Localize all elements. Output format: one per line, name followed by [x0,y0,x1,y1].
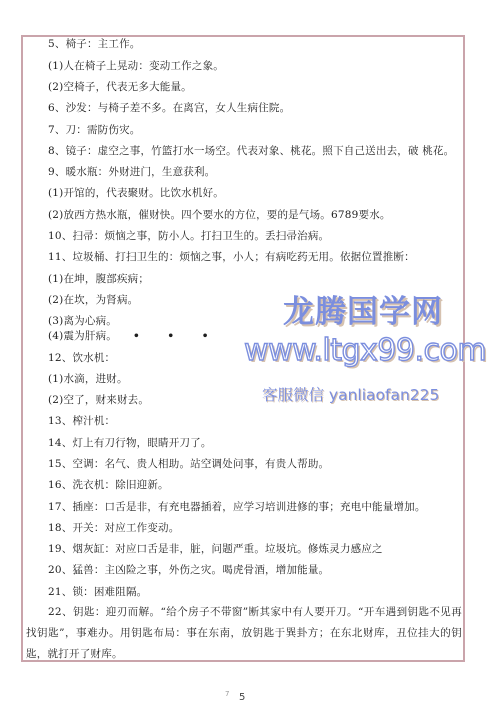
text-line: 6、沙发：与椅子差不多。在离宫，女人生病住院。 [48,101,290,115]
text-line: 18、开关：对应工作变动。 [48,521,179,535]
page-number: 5 [239,692,245,703]
text-line: 20、猛兽：主凶险之事，外伤之灾。喝虎骨酒，增加能量。 [48,563,329,577]
text-line: 8、镜子：虚空之事，竹篮打水一场空。代表对象、桃花。照下自己送出去，破 桃花。 [48,144,454,158]
text-line: 21、锁：困难阻隔。 [48,585,147,599]
text-line: (2)空了，财来财去。 [48,393,149,407]
text-line: 9、暖水瓶：外财进门，生意获利。 [48,165,215,179]
text-line: 5、椅子：主工作。 [48,37,140,51]
text-line: (3)离为心病。 [48,314,117,328]
text-line: (1)在坤，腹部疾病； [48,272,149,286]
text-line: (2)在坎，为肾病。 [48,293,138,307]
text-line-with-dots: (4)震为肝病。• • • [48,329,220,343]
page-mark: 7 [225,690,229,698]
ellipsis-dots: • • • [133,330,220,342]
text-line: 12、饮水机： [48,351,115,365]
text-line: 17、插座：口舌是非，有充电器插着，应学习培训进修的事；充电中能量增加。 [48,500,426,514]
text-line: (2)放西方热水瓶，催财快。四个要水的方位，要的是气场。6789要水。 [48,208,391,222]
text-line: 7、刀：需防伤灾。 [48,123,140,137]
final-paragraph: 22、钥匙：迎刃而解。“给个房子不带窗”断其家中有人要开刀。“开车遇到钥匙不见再… [26,602,462,665]
text-line: (1)开馆的，代表聚财。比饮水机好。 [48,186,224,200]
text-line: 11、垃圾桶、打扫卫生的：烦恼之事，小人；有病吃药无用。依据位置推断： [48,250,415,264]
text-line: 15、空调：名气、贵人相助。站空调处问事，有贵人帮助。 [48,457,329,471]
text-line: 14、灯上有刀行物，眼睛开刀了。 [48,436,212,450]
text-line: 13、榨汁机： [48,414,115,428]
text-line: 16、洗衣机：除旧迎新。 [48,478,169,492]
text-line: (4)震为肝病。 [48,330,117,342]
text-line: (2)空椅子，代表无多大能量。 [48,80,192,94]
text-line: 19、烟灰缸：对应口舌是非，脏，问题严重。垃圾坑。修炼灵力感应之 [48,542,383,556]
text-line: (1)水滴，进财。 [48,372,128,386]
text-line: 10、扫帚：烦恼之事，防小人。打扫卫生的。丢扫帚治病。 [48,229,329,243]
text-line: (1)人在椅子上晃动：变动工作之象。 [48,59,224,73]
